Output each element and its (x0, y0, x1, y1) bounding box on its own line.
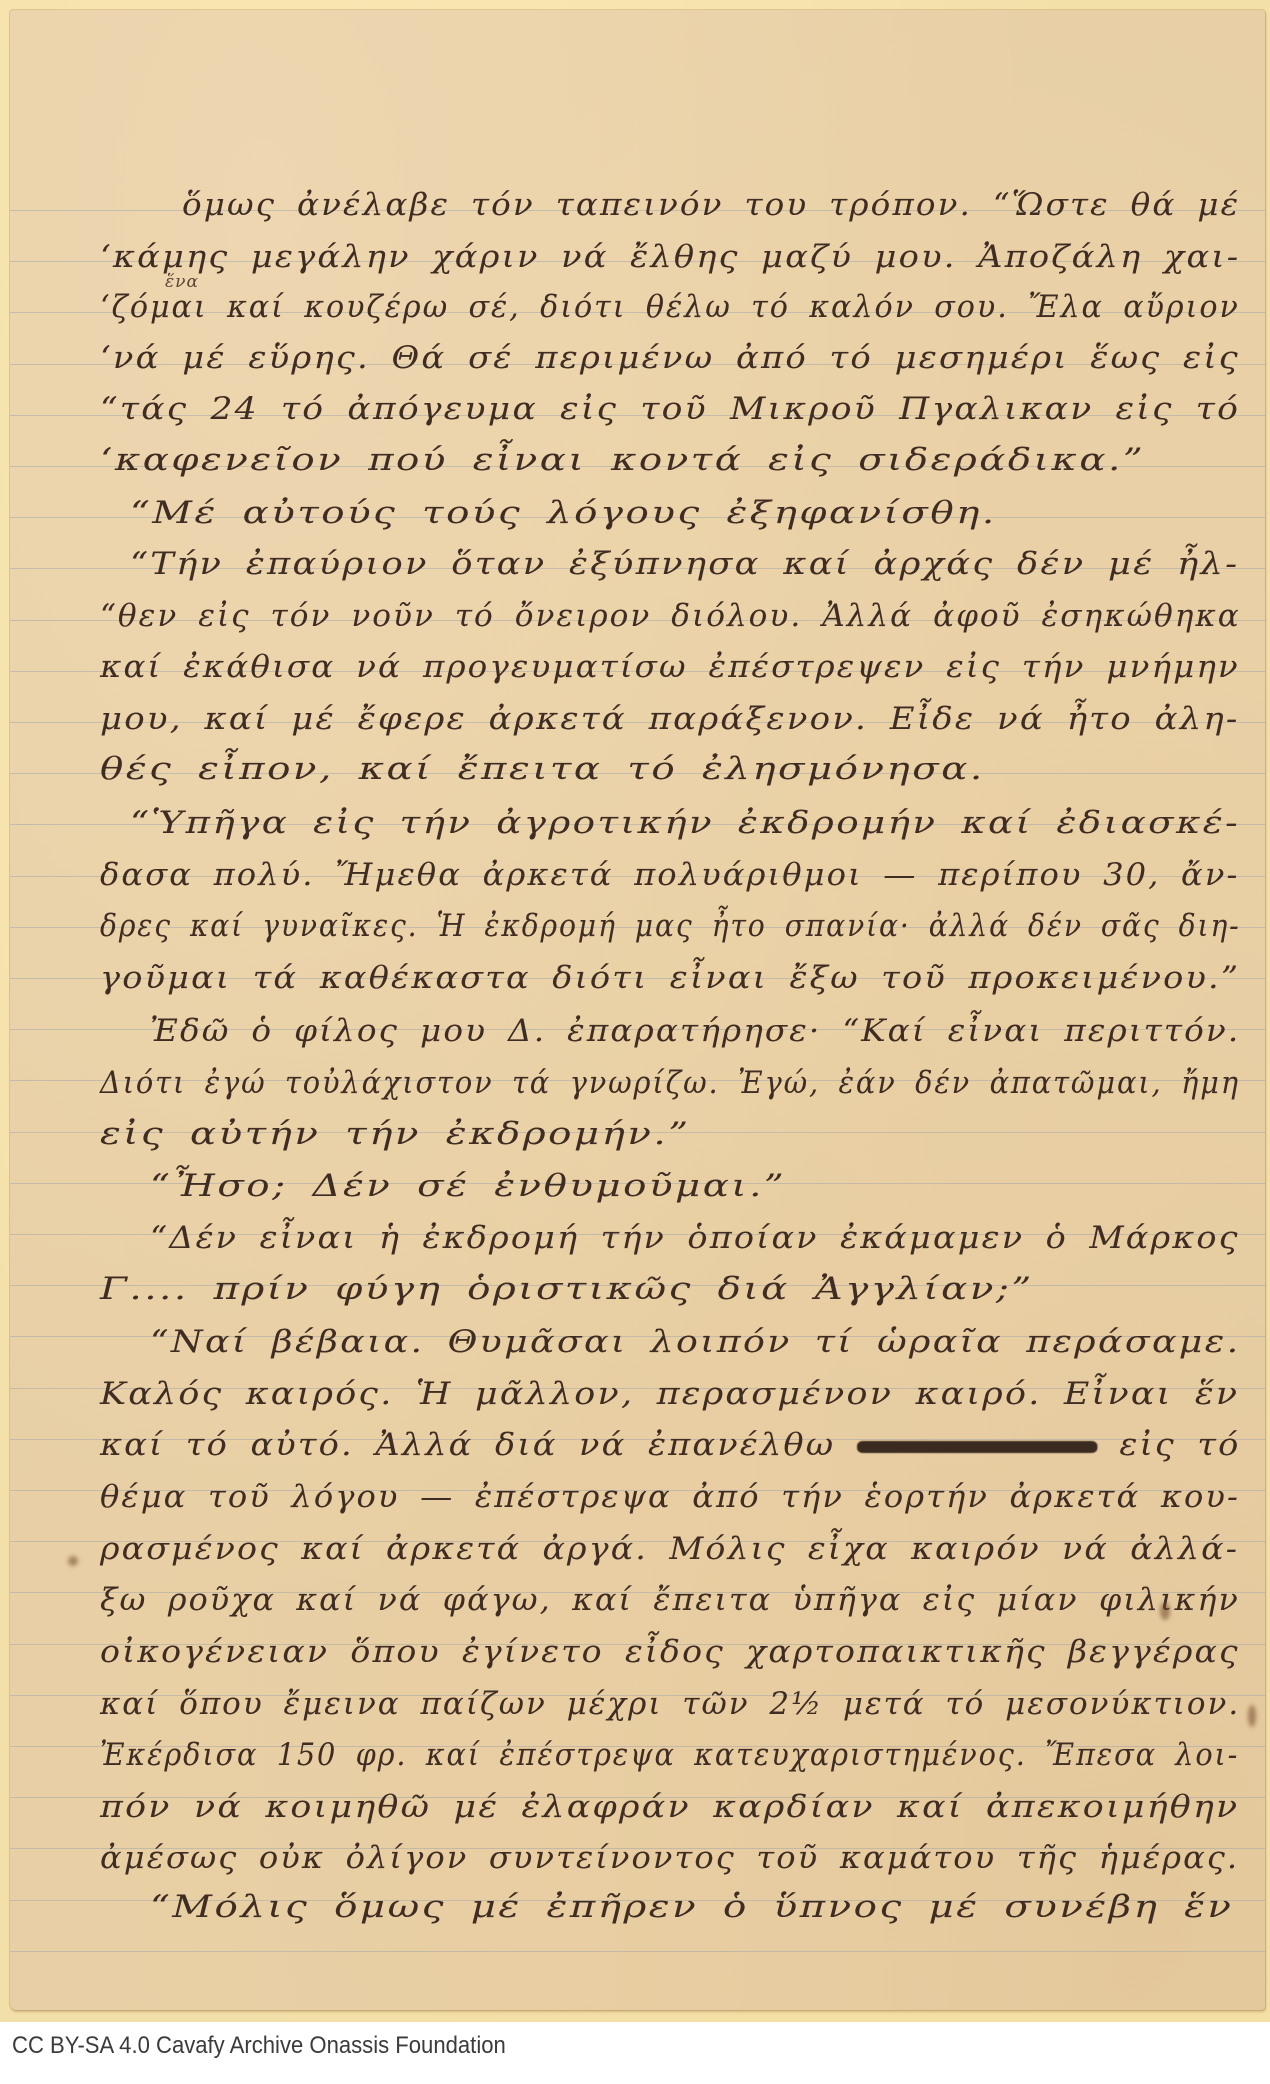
manuscript-line: ‘κάμης μεγάλην χάριν νά ἔλθης μαζύ μου. … (100, 242, 1240, 273)
manuscript-line: καί ὅπου ἔμεινα παίζων μέχρι τῶν 2½ μετά… (100, 1689, 1240, 1720)
attribution-caption: CC BY-SA 4.0 Cavafy Archive Onassis Foun… (12, 2032, 506, 2060)
manuscript-line: “Μέ αὐτούς τούς λόγους ἐξηφανίσθη. (130, 498, 997, 529)
manuscript-line: Γ.... πρίν φύγη ὁριστικῶς διά Ἀγγλίαν;” (100, 1274, 1034, 1305)
ink-blot (1248, 1705, 1256, 1727)
ink-blot (68, 1556, 78, 1566)
manuscript-line: καί τό αὐτό. Ἀλλά διά νά ἐπανέλθω ἀπομακ… (100, 1430, 1241, 1461)
manuscript-line: εἰς αὐτήν τήν ἐκδρομήν.” (100, 1119, 691, 1150)
scan-background: ὅμως ἀνέλαβε τόν ταπεινόν του τρόπον. “Ὥ… (0, 0, 1270, 2022)
manuscript-line: Διότι ἐγώ τοὐλάχιστον τά γνωρίζω. Ἐγώ, ἐ… (100, 1068, 1240, 1099)
manuscript-line: ‘ζόμαι καί κουζέρω σέ, διότι θέλω τό καλ… (100, 292, 1240, 323)
ruled-line (10, 1951, 1265, 1952)
manuscript-line: μου, καί μέ ἔφερε ἀρκετά παράξενον. Εἶδε… (100, 704, 1240, 735)
manuscript-line: “Δέν εἶναι ἡ ἐκδρομή τήν ὁποίαν ἐκάμαμεν… (150, 1223, 1240, 1254)
struck-out-word: ἀπομακρύνω (857, 1441, 1098, 1453)
manuscript-line: Ἐκέρδισα 150 φρ. καί ἐπέστρεψα κατευχαρι… (100, 1740, 1239, 1771)
manuscript-page: ὅμως ἀνέλαβε τόν ταπεινόν του τρόπον. “Ὥ… (10, 10, 1265, 2010)
manuscript-line: “Τήν ἐπαύριον ὅταν ἐξύπνησα καί ἀρχάς δέ… (130, 549, 1239, 580)
manuscript-line: “θεν εἰς τόν νοῦν τό ὄνειρον διόλου. Ἀλλ… (100, 601, 1241, 632)
manuscript-line: ‘νά μέ εὕρης. Θά σέ περιμένω ἀπό τό μεση… (100, 343, 1240, 374)
manuscript-line: ἀμέσως οὐκ ὀλίγον συντείνοντος τοῦ καμάτ… (100, 1843, 1239, 1874)
manuscript-line: “Ὑπῆγα εἰς τήν ἀγροτικήν ἐκδρομήν καί ἐδ… (130, 808, 1240, 839)
interlinear-insertion: ἕνα (165, 274, 199, 291)
manuscript-line: πόν νά κοιμηθῶ μέ ἐλαφράν καρδίαν καί ἀπ… (100, 1792, 1239, 1823)
manuscript-line: γοῦμαι τά καθέκαστα διότι εἶναι ἔξω τοῦ … (100, 963, 1240, 994)
manuscript-line: οἰκογένειαν ὅπου ἐγίνετο εἶδος χαρτοπαικ… (100, 1637, 1240, 1668)
manuscript-line: θέμα τοῦ λόγου — ἐπέστρεψα ἀπό τήν ἑορτή… (100, 1482, 1240, 1513)
manuscript-line: Καλός καιρός. Ἡ μᾶλλον, περασμένον καιρό… (100, 1379, 1239, 1410)
manuscript-line: ρασμένος καί ἀρκετά ἀργά. Μόλις εἶχα και… (100, 1534, 1239, 1565)
manuscript-line: “τάς 24 τό ἀπόγευμα εἰς τοῦ Μικροῦ Πγαλι… (100, 394, 1240, 425)
ink-blot (1160, 1602, 1170, 1620)
manuscript-line: “Ἦσο; Δέν σέ ἐνθυμοῦμαι.” (150, 1171, 786, 1202)
manuscript-line: ‘καφενεῖον πού εἶναι κοντά εἰς σιδεράδικ… (100, 445, 1145, 476)
manuscript-line: “Ναί βέβαια. Θυμᾶσαι λοιπόν τί ὡραῖα περ… (150, 1327, 1240, 1358)
manuscript-line: θές εἶπον, καί ἔπειτα τό ἐλησμόνησα. (100, 754, 985, 785)
manuscript-line: Ἐδῶ ὁ φίλος μου Δ. ἐπαρατήρησε· “Καί εἶν… (150, 1016, 1240, 1047)
manuscript-line: ὅμως ἀνέλαβε τόν ταπεινόν του τρόπον. “Ὥ… (182, 190, 1240, 221)
manuscript-line: καί ἐκάθισα νά προγευματίσω ἐπέστρεψεν ε… (100, 652, 1240, 683)
manuscript-line: δρες καί γυναῖκες. Ἡ ἐκδρομή μας ἦτο σπα… (100, 911, 1240, 942)
manuscript-line: δασα πολύ. Ἤμεθα ἀρκετά πολυάριθμοι — πε… (100, 860, 1239, 891)
manuscript-line: ξω ροῦχα καί νά φάγω, καί ἔπειτα ὑπῆγα ε… (100, 1585, 1240, 1616)
manuscript-line: “Μόλις ὅμως μέ ἐπῆρεν ὁ ὕπνος μέ συνέβη … (150, 1892, 1233, 1923)
